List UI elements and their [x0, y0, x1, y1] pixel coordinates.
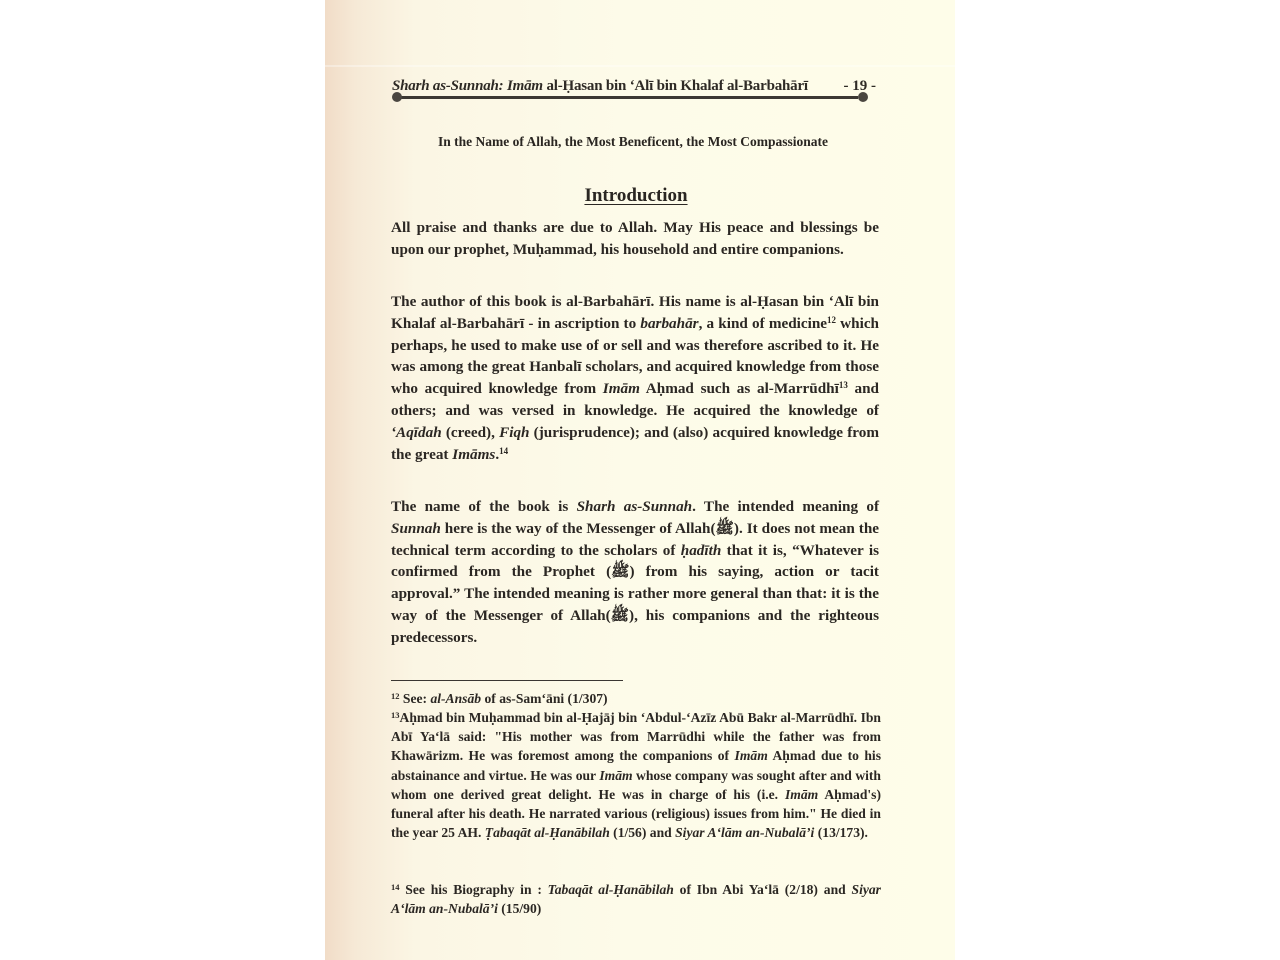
text-italic: Fiqh	[499, 424, 529, 441]
running-header-title: Sharh as-Sunnah: Imām al-Ḥasan bin ‘Alī …	[392, 78, 808, 95]
text-italic: ḥadīth	[681, 542, 722, 559]
salutation-icon: (ﷺ)	[710, 520, 738, 537]
header-rule	[396, 96, 858, 99]
paragraph-2: The author of this book is al-Barbahārī.…	[391, 291, 879, 465]
running-header-rest: al-Ḥasan bin ‘Alī bin Khalaf al-Barbahār…	[543, 78, 808, 94]
footnote-12: 12 See: al-Ansāb of as-Sam‘āni (1/307)	[391, 689, 881, 708]
text: . The intended meaning of	[692, 498, 879, 515]
text-italic: barbahār	[640, 315, 698, 332]
paragraph-3: The name of the book is Sharh as-Sunnah.…	[391, 496, 879, 649]
footnote-ref-13[interactable]: 13	[839, 380, 848, 390]
footnote-13: 13Aḥmad bin Muḥammad bin al-Ḥajāj bin ‘A…	[391, 708, 881, 842]
text: See:	[400, 691, 431, 706]
rule-ornament-right	[858, 92, 868, 102]
section-heading: Introduction	[392, 185, 880, 207]
text-italic: Sharh as-Sunnah	[577, 498, 693, 515]
footnote-number: 14	[391, 882, 400, 892]
running-header-italic: Sharh as-Sunnah: Imām	[392, 78, 543, 94]
text-italic: Tabaqāt al-Ḥanābilah	[548, 882, 674, 897]
text-italic: Imām	[735, 748, 768, 763]
text: Aḥmad such as al-Marrūdhī	[640, 380, 839, 397]
text-italic: Ṭabaqāt al-Ḥanābilah	[485, 825, 610, 840]
text-italic: Imām	[599, 768, 632, 783]
rule-ornament-left	[392, 92, 402, 102]
text: The name of the book is	[391, 498, 577, 515]
salutation-icon: (ﷺ)	[606, 607, 634, 624]
text-italic: Imām	[785, 787, 818, 802]
text: (13/173).	[814, 825, 868, 840]
paragraph-1: All praise and thanks are due to Allah. …	[391, 217, 879, 261]
text-italic: Imāms	[452, 446, 495, 463]
footnote-ref-12[interactable]: 12	[827, 315, 836, 325]
text: here is the way of the Messenger of Alla…	[441, 520, 711, 537]
salutation-icon: (ﷺ)	[606, 563, 634, 580]
text: (15/90)	[498, 901, 541, 916]
text-italic: ‘Aqīdah	[391, 424, 442, 441]
footnote-separator	[391, 680, 623, 681]
text-italic: al-Ansāb	[430, 691, 481, 706]
footnote-ref-14[interactable]: 14	[499, 446, 508, 456]
text: , a kind of medicine	[699, 315, 827, 332]
text: (1/56) and	[610, 825, 675, 840]
text: of Ibn Abi Ya‘lā (2/18) and	[674, 882, 852, 897]
text: of as-Sam‘āni (1/307)	[481, 691, 608, 706]
text: See his Biography in :	[400, 882, 548, 897]
text-italic: Imām	[603, 380, 640, 397]
basmala: In the Name of Allah, the Most Beneficen…	[392, 134, 874, 150]
footnote-number: 12	[391, 691, 400, 701]
text-italic: Siyar A‘lām an-Nubalā’i	[675, 825, 814, 840]
text: (creed),	[442, 424, 499, 441]
footnote-14: 14 See his Biography in : Tabaqāt al-Ḥan…	[391, 880, 881, 918]
footnote-number: 13	[391, 710, 400, 720]
text-italic: Sunnah	[391, 520, 441, 537]
